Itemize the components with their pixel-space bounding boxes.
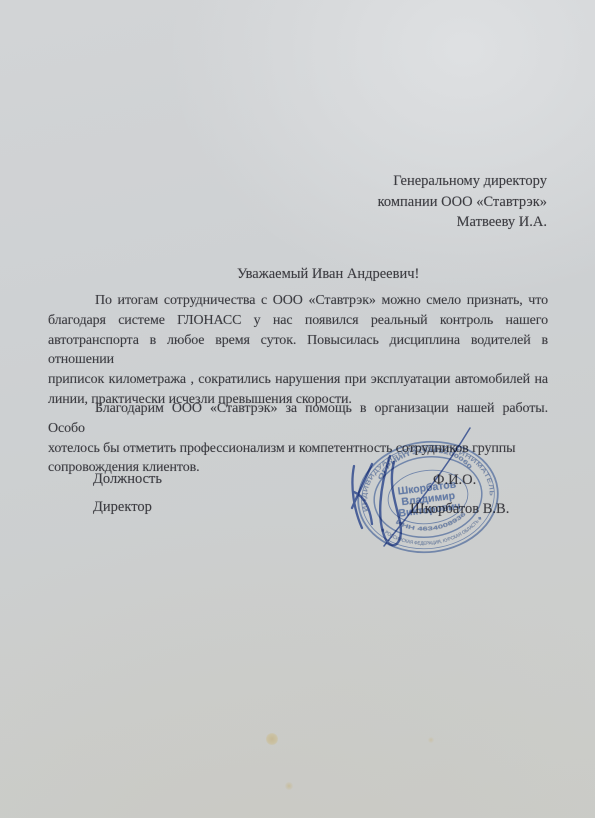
salutation: Уважаемый Иван Андреевич! bbox=[237, 266, 419, 283]
position-value: Директор bbox=[93, 499, 152, 516]
paragraph-line: благодаря системе ГЛОНАСС у нас появился… bbox=[48, 311, 548, 331]
body-paragraph-1: По итогам сотрудничества с ООО «Ставтрэк… bbox=[48, 291, 548, 410]
scanned-letter-page: Генеральному директору компании ООО «Ста… bbox=[0, 0, 595, 818]
recipient-block: Генеральному директору компании ООО «Ста… bbox=[378, 171, 547, 233]
paragraph-line: автотранспорта в любое время суток. Повы… bbox=[48, 331, 548, 371]
paragraph-line: По итогам сотрудничества с ООО «Ставтрэк… bbox=[48, 291, 548, 311]
recipient-line: Генеральному директору bbox=[378, 171, 547, 192]
paper-stain bbox=[266, 733, 278, 745]
recipient-line: компании ООО «Ставтрэк» bbox=[378, 192, 547, 213]
position-label: Должность bbox=[93, 471, 162, 488]
recipient-line: Матвееву И.А. bbox=[378, 212, 547, 233]
handwritten-signature bbox=[344, 422, 484, 557]
paper-stain bbox=[428, 737, 434, 743]
paper-stain bbox=[285, 782, 293, 790]
paragraph-line: приписок километража , сократились наруш… bbox=[48, 370, 548, 390]
